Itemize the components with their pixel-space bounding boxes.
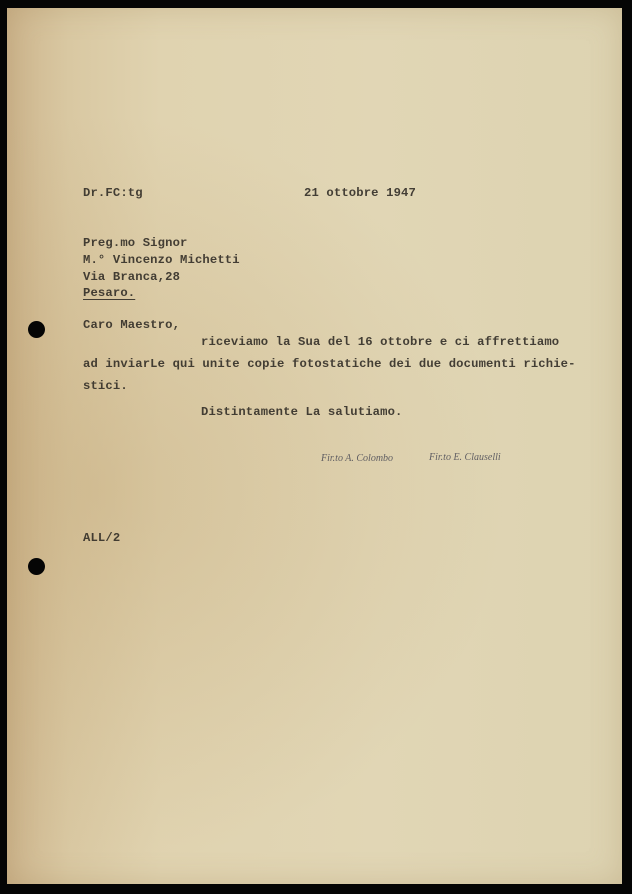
recipient-name: M.° Vincenzo Michetti — [83, 253, 240, 267]
punch-hole-bottom — [28, 558, 45, 575]
reference-code: Dr.FC:tg — [83, 186, 143, 200]
closing: Distintamente La salutiamo. — [201, 405, 403, 419]
signature-stamp-1: Fir.to A. Colombo — [321, 453, 393, 464]
letter-date: 21 ottobre 1947 — [304, 186, 416, 200]
recipient-salutation: Preg.mo Signor — [83, 236, 188, 250]
greeting: Caro Maestro, — [83, 318, 180, 332]
signature-stamp-2: Fir.to E. Clauselli — [429, 452, 501, 463]
body-line-2: ad inviarLe qui unite copie fotostatiche… — [83, 357, 576, 371]
recipient-city: Pesaro. — [83, 286, 135, 300]
punch-hole-top — [28, 321, 45, 338]
letter-page — [7, 8, 622, 884]
recipient-street: Via Branca,28 — [83, 270, 180, 284]
body-line-1: riceviamo la Sua del 16 ottobre e ci aff… — [201, 335, 559, 349]
body-line-3: stici. — [83, 379, 128, 393]
enclosure-note: ALL/2 — [83, 531, 120, 545]
